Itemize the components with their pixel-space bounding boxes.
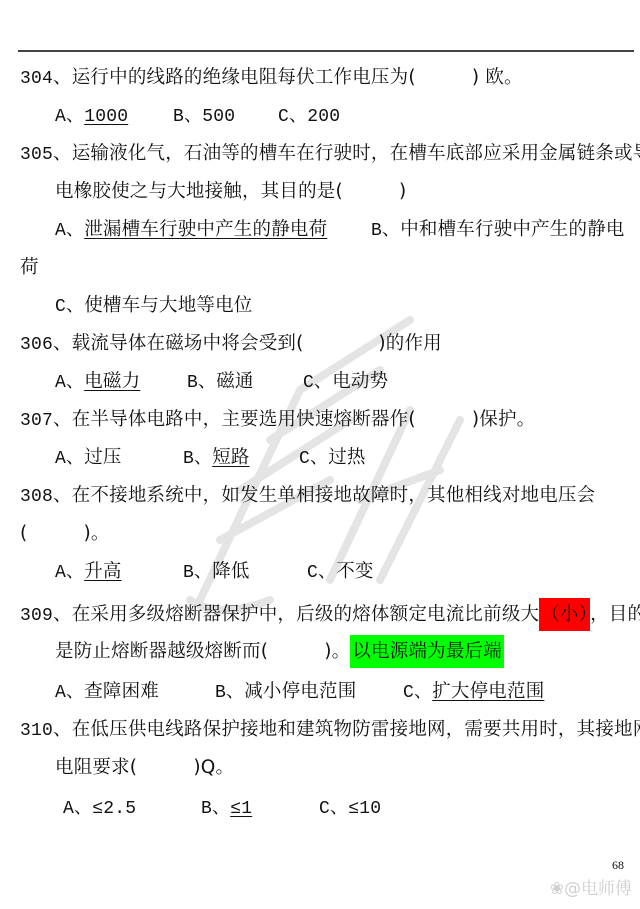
separator: 、 (53, 719, 72, 740)
option-c: C、电动势 (303, 370, 388, 395)
options-304: A、1000B、500C、200 (55, 104, 340, 129)
option-a: A、过压 (55, 446, 183, 471)
separator: 、 (53, 333, 72, 354)
separator: 、 (53, 409, 72, 430)
question-number: 310 (20, 721, 53, 741)
correct-answer: 泄漏槽车行驶中产生的静电荷 (84, 219, 327, 240)
option-b: B、磁通 (187, 370, 303, 395)
option-b: B、降低 (183, 560, 307, 585)
option-c: C、≤10 (319, 796, 381, 821)
option-a: A、泄漏槽车行驶中产生的静电荷 (55, 218, 371, 243)
question-309: 309、在采用多级熔断器保护中，后级的熔体额定电流比前级大（小），目的 (20, 603, 640, 628)
separator: 、 (53, 485, 72, 506)
question-number: 304 (20, 69, 53, 89)
question-text: 在不接地系统中，如发生单相接地故障时，其他相线对地电压会 (72, 485, 596, 506)
separator: 、 (53, 604, 72, 625)
option-c: C、200 (278, 104, 340, 129)
options-306: A、电磁力B、磁通C、电动势 (55, 370, 388, 395)
question-text: 是防止熔断器越级熔断而( )。 (55, 641, 350, 662)
question-text: 在半导体电路中，主要选用快速熔断器作( )保护。 (72, 409, 536, 430)
question-309-line2: 是防止熔断器越级熔断而( )。以电源端为最后端 (55, 640, 504, 664)
correct-answer: 1000 (84, 107, 128, 127)
question-number: 307 (20, 411, 53, 431)
page-number: 68 (612, 858, 624, 873)
brand-tag: @电师傅 (564, 879, 632, 899)
question-text: 在采用多级熔断器保护中，后级的熔体额定电流比前级大 (72, 604, 540, 625)
question-number: 309 (20, 606, 53, 626)
correct-answer: 升高 (84, 561, 121, 582)
correct-answer: ≤1 (230, 799, 252, 819)
question-308: 308、在不接地系统中，如发生单相接地故障时，其他相线对地电压会 (20, 484, 595, 509)
green-highlight-annotation: 以电源端为最后端 (350, 635, 504, 668)
option-c: C、扩大停电范围 (403, 680, 544, 705)
separator: 、 (53, 67, 72, 88)
question-310-line2: 电阻要求( )Q。 (55, 756, 234, 780)
option-a: A、电磁力 (55, 370, 187, 395)
question-304: 304、运行中的线路的绝缘电阻每伏工作电压为( ) 欧。 (20, 66, 523, 91)
question-307: 307、在半导体电路中，主要选用快速熔断器作( )保护。 (20, 408, 535, 433)
options-310: A、≤2.5B、≤1C、≤10 (63, 796, 381, 821)
question-text: 运输液化气，石油等的槽车在行驶时，在槽车底部应采用金属链条或导 (72, 143, 640, 164)
option-b: B、短路 (183, 446, 299, 471)
options-309: A、查障困难B、减小停电范围C、扩大停电范围 (55, 680, 544, 705)
question-306: 306、载流导体在磁场中将会受到( )的作用 (20, 332, 442, 357)
option-a: A、1000 (55, 104, 173, 129)
option-b-continuation: 荷 (20, 256, 39, 280)
option-b: B、中和槽车行驶中产生的静电 (371, 218, 625, 243)
option-b: B、500 (173, 104, 278, 129)
question-text: 电橡胶使之与大地接触，其目的是( ) (55, 181, 406, 202)
question-310: 310、在低压供电线路保护接地和建筑物防雷接地网，需要共用时，其接地网 (20, 718, 640, 743)
option-c: C、过热 (299, 446, 366, 471)
paw-icon: ❀ (550, 879, 564, 899)
question-308-line2: ( )。 (20, 522, 110, 546)
options-305: A、泄漏槽车行驶中产生的静电荷B、中和槽车行驶中产生的静电 (55, 218, 625, 243)
separator: 、 (53, 143, 72, 164)
question-number: 308 (20, 487, 53, 507)
option-b: B、减小停电范围 (215, 680, 403, 705)
question-number: 306 (20, 335, 53, 355)
options-307: A、过压B、短路C、过热 (55, 446, 366, 471)
header-rule (18, 50, 634, 52)
question-number: 305 (20, 145, 53, 165)
question-305-line2: 电橡胶使之与大地接触，其目的是( ) (55, 180, 406, 204)
question-text: 运行中的线路的绝缘电阻每伏工作电压为( ) 欧。 (72, 67, 523, 88)
correct-answer: 电磁力 (84, 371, 140, 392)
option-a: A、升高 (55, 560, 183, 585)
question-text: 在低压供电线路保护接地和建筑物防雷接地网，需要共用时，其接地网 (72, 719, 640, 740)
option-c: C、使槽车与大地等电位 (55, 294, 253, 319)
correct-answer: 扩大停电范围 (432, 681, 544, 702)
question-text: ，目的 (590, 604, 640, 625)
question-305: 305、运输液化气，石油等的槽车在行驶时，在槽车底部应采用金属链条或导 (20, 142, 640, 167)
option-a: A、查障困难 (55, 680, 215, 705)
option-b: B、≤1 (201, 796, 319, 821)
option-c: C、不变 (307, 560, 374, 585)
options-308: A、升高B、降低C、不变 (55, 560, 374, 585)
correct-answer: 短路 (212, 447, 249, 468)
brand-watermark: ❀@电师傅 (550, 874, 632, 899)
red-highlight-annotation: （小） (539, 598, 590, 631)
question-text: 载流导体在磁场中将会受到( )的作用 (72, 333, 442, 354)
option-a: A、≤2.5 (63, 796, 201, 821)
